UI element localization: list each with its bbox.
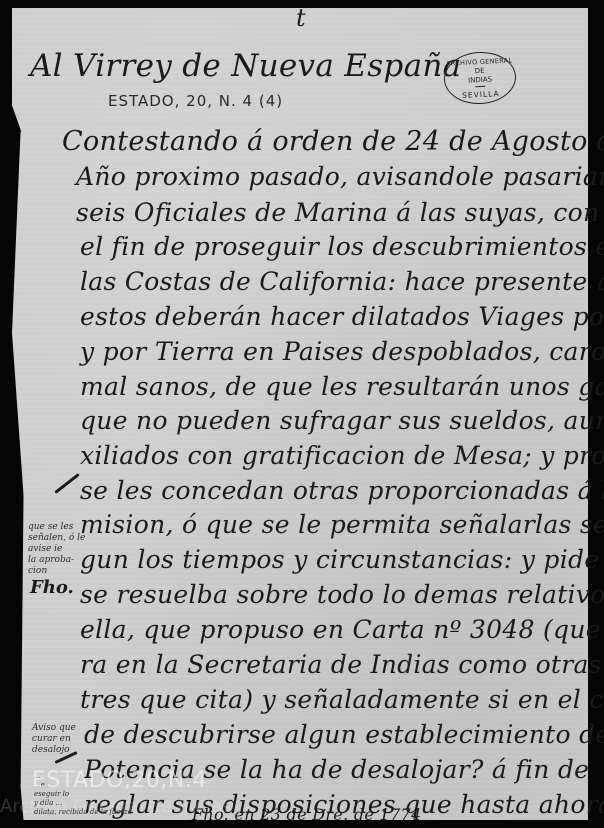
document-heading: Al Virrey de Nueva España — [30, 48, 461, 84]
body-line: mision, ó que se le permita señalarlas s… — [80, 510, 604, 539]
body-line: seis Oficiales de Marina á las suyas, co… — [76, 198, 599, 227]
body-line: mal sanos, de que les resultarán unos ga… — [80, 372, 604, 401]
stamp-line-4: SEVILLA — [462, 89, 500, 100]
stamp-rule — [475, 85, 485, 87]
body-line: gun los tiempos y circunstancias: y pide… — [80, 545, 604, 574]
body-line: y por Tierra en Paises despoblados, caro… — [80, 337, 604, 366]
body-line: ra en la Secretaria de Indias como otras — [80, 650, 602, 679]
archive-watermark: ESTADO,20,N.4 — [32, 768, 207, 793]
body-line: el fin de proseguir los descubrimientos … — [80, 232, 604, 261]
stamp-line-3: INDIAS — [468, 75, 492, 85]
margin-signature-1: Fho. — [30, 582, 74, 593]
margin-note-2: Aviso que curar en desalojo — [32, 723, 76, 756]
body-line: tres que cita) y señaladamente si en el … — [80, 685, 604, 714]
body-line: estos deberán hacer dilatados Viages por… — [80, 302, 604, 331]
body-line: xiliados con gratificacion de Mesa; y pr… — [80, 441, 604, 470]
body-line: ella, que propuso en Carta nº 3048 (que … — [80, 615, 604, 644]
cross-mark: t — [296, 4, 306, 32]
body-line: de descubrirse algun establecimiento de … — [84, 720, 604, 749]
body-line: Año proximo pasado, avisandole pasarian — [76, 162, 604, 191]
body-line: se les concedan otras proporcionadas á l… — [80, 476, 604, 505]
body-line: que no pueden sufragar sus sueldos, aun … — [80, 406, 604, 435]
body-line: se resuelba sobre todo lo demas relativo… — [80, 580, 604, 609]
body-line: las Costas de California: hace presente … — [80, 267, 604, 296]
body-line: Contestando á orden de 24 de Agosto del — [62, 126, 604, 157]
archive-watermark-faint: Archivo General de Indias — [0, 796, 231, 817]
archive-reference: ESTADO, 20, N. 4 (4) — [108, 92, 283, 110]
margin-note-1: que se les señalen, ó le avise ie la apr… — [28, 522, 85, 577]
